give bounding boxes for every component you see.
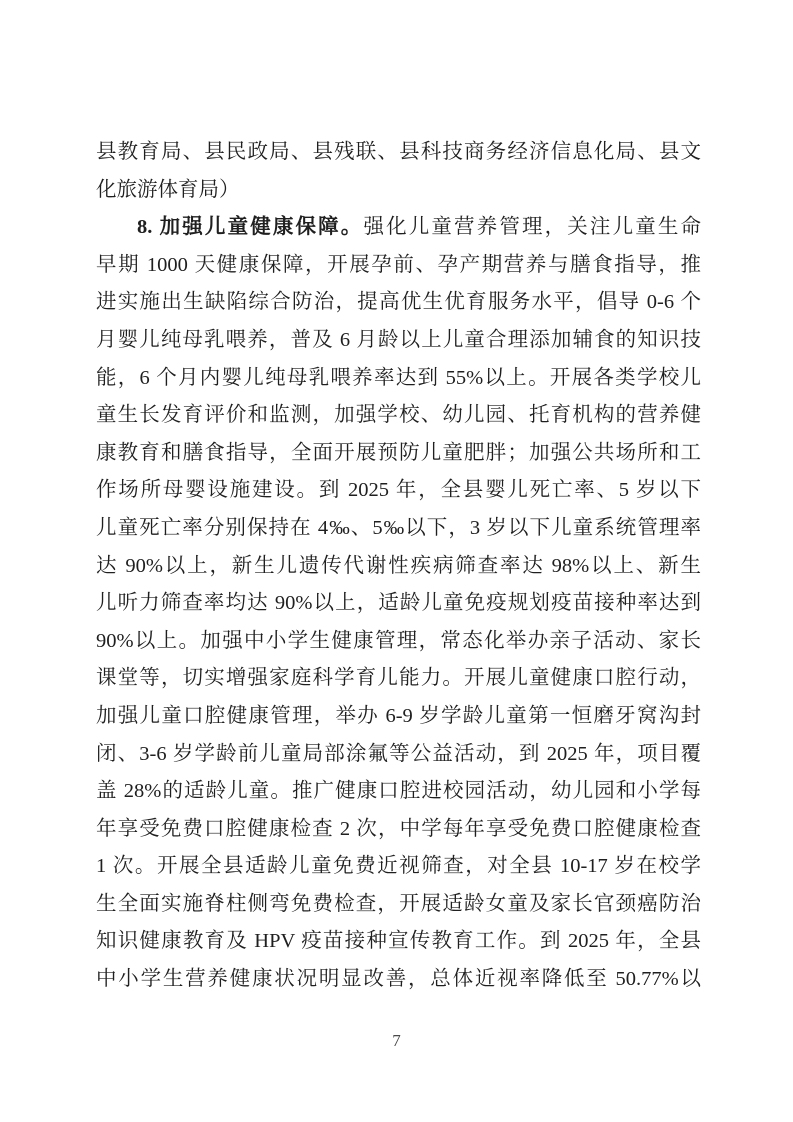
paragraph1-line-last: 化旅游体育局）	[96, 172, 701, 210]
paragraph2-line: 闭、3-6 岁学龄前儿童局部涂氟等公益活动，到 2025 年，项目覆	[96, 736, 701, 774]
paragraph2-line: 1 次。开展全县适龄儿童免费近视筛查，对全县 10-17 岁在校学	[96, 848, 701, 886]
paragraph2-line: 盖 28%的适龄儿童。推广健康口腔进校园活动，幼儿园和小学每	[96, 773, 701, 811]
paragraph2-line: 康教育和膳食指导，全面开展预防儿童肥胖；加强公共场所和工	[96, 435, 701, 473]
paragraph2-line: 年享受免费口腔健康检查 2 次，中学每年享受免费口腔健康检查	[96, 811, 701, 849]
document-body: 县教育局、县民政局、县残联、县科技商务经济信息化局、县文 化旅游体育局） 8. …	[96, 134, 701, 999]
paragraph2-line: 月婴儿纯母乳喂养，普及 6 月龄以上儿童合理添加辅食的知识技	[96, 322, 701, 360]
paragraph2-line: 儿听力筛查率均达 90%以上，适龄儿童免疫规划疫苗接种率达到	[96, 585, 701, 623]
page-footer: 7	[0, 1031, 793, 1051]
paragraph2-first-line: 8. 加强儿童健康保障。强化儿童营养管理，关注儿童生命	[96, 209, 701, 247]
paragraph2-first-line-text: 强化儿童营养管理，关注儿童生命	[363, 216, 701, 238]
paragraph2-line: 作场所母婴设施建设。到 2025 年，全县婴儿死亡率、5 岁以下	[96, 472, 701, 510]
paragraph2-line: 中小学生营养健康状况明显改善，总体近视率降低至 50.77%以	[96, 961, 701, 999]
paragraph2-line: 儿童死亡率分别保持在 4‰、5‰以下，3 岁以下儿童系统管理率	[96, 510, 701, 548]
paragraph2-line: 达 90%以上，新生儿遗传代谢性疾病筛查率达 98%以上、新生	[96, 548, 701, 586]
paragraph2-line: 早期 1000 天健康保障，开展孕前、孕产期营养与膳食指导，推	[96, 247, 701, 285]
paragraph2-line: 知识健康教育及 HPV 疫苗接种宣传教育工作。到 2025 年，全县	[96, 923, 701, 961]
paragraph1-line: 县教育局、县民政局、县残联、县科技商务经济信息化局、县文	[96, 134, 701, 172]
paragraph2-line: 能，6 个月内婴儿纯母乳喂养率达到 55%以上。开展各类学校儿	[96, 360, 701, 398]
paragraph2-line: 童生长发育评价和监测，加强学校、幼儿园、托育机构的营养健	[96, 397, 701, 435]
paragraph2-line: 生全面实施脊柱侧弯免费检查，开展适龄女童及家长官颈癌防治	[96, 886, 701, 924]
paragraph2-line: 课堂等，切实增强家庭科学育儿能力。开展儿童健康口腔行动，	[96, 660, 701, 698]
paragraph2-line: 90%以上。加强中小学生健康管理，常态化举办亲子活动、家长	[96, 623, 701, 661]
paragraph2-line: 加强儿童口腔健康管理，举办 6-9 岁学龄儿童第一恒磨牙窝沟封	[96, 698, 701, 736]
paragraph2-line: 进实施出生缺陷综合防治，提高优生优育服务水平，倡导 0-6 个	[96, 284, 701, 322]
page-number: 7	[392, 1031, 401, 1050]
document-page: 县教育局、县民政局、县残联、县科技商务经济信息化局、县文 化旅游体育局） 8. …	[0, 0, 793, 1122]
section-8-heading: 8. 加强儿童健康保障。	[137, 216, 363, 238]
